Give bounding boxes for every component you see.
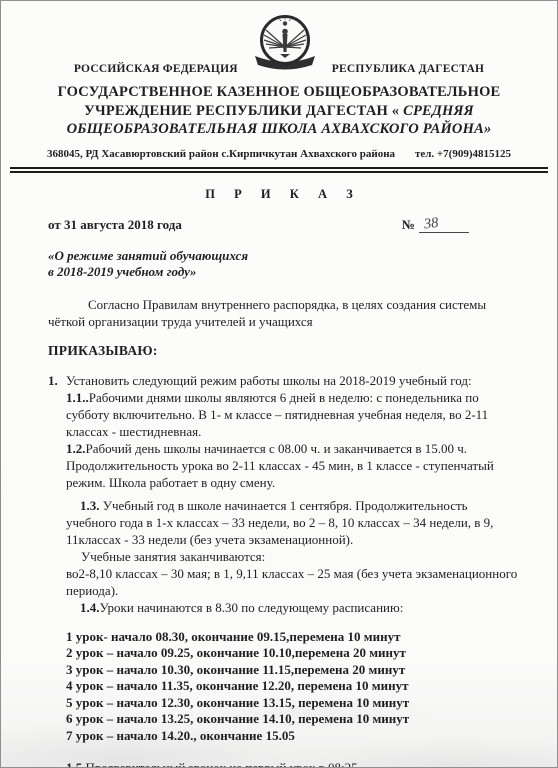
subclauses: 1.1..Рабочими днями школы являются 6 дне… <box>66 389 519 616</box>
phone-number: тел. +7(909)4815125 <box>415 148 511 160</box>
clause-1-text: Установить следующий режим работы школы … <box>66 372 472 389</box>
organization-name: ГОСУДАРСТВЕННОЕ КАЗЕННОЕ ОБЩЕОБРАЗОВАТЕЛ… <box>1 83 557 139</box>
clause-1-5-number: 1.5. <box>66 760 86 768</box>
country-label-left: РОССИЙСКАЯ ФЕДЕРАЦИЯ <box>74 63 238 79</box>
order-title: П Р И К А З <box>1 187 557 202</box>
letterhead-top-row: РОССИЙСКАЯ ФЕДЕРАЦИЯ РЕСПУБЛИКА ДАГЕСТАН <box>1 1 557 79</box>
lessons-end-intro: Учебные занятия заканчиваются: <box>66 548 519 565</box>
address-line: 368045, РД Хасавюртовский район с.Кирпич… <box>47 148 511 160</box>
lessons-end-text: во2-8,10 классах – 30 мая; в 1, 9,11 кла… <box>66 565 519 599</box>
schedule-line: 7 урок – начало 14.20., окончание 15.05 <box>66 728 527 745</box>
schedule-line: 1 урок- начало 08.30, окончание 09.15,пе… <box>66 629 527 646</box>
clause-1-number: 1. <box>48 372 66 389</box>
clause-1-1-number: 1.1.. <box>66 390 89 405</box>
schedule-line: 3 урок – начало 10.30, окончание 11.15,п… <box>66 662 527 679</box>
number-sign: № <box>402 217 415 232</box>
number-underline: 38 <box>419 216 469 233</box>
clause-1-2: 1.2.Рабочий день школы начинается с 08.0… <box>66 440 519 491</box>
order-subject: «О режиме занятий обучающихся в 2018-201… <box>48 248 557 281</box>
org-name-line2: УЧРЕЖДЕНИЕ РЕСПУБЛИКИ ДАГЕСТАН « СРЕДНЯЯ <box>1 102 557 121</box>
schedule-line: 6 урок – начало 13.25, окончание 14.10, … <box>66 711 527 728</box>
clause-1: 1. Установить следующий режим работы шко… <box>48 372 517 389</box>
lesson-schedule: 1 урок- начало 08.30, окончание 09.15,пе… <box>66 629 527 745</box>
clause-1-3: 1.3. Учебный год в школе начинается 1 се… <box>66 497 519 548</box>
dagestan-coat-of-arms-icon <box>254 14 316 79</box>
schedule-line: 4 урок – начало 11.35, окончание 12.20, … <box>66 678 527 695</box>
order-date: от 31 августа 2018 года <box>48 217 182 233</box>
schedule-line: 2 урок – начало 09.25, окончание 10.10,п… <box>66 645 527 662</box>
clause-1-4-number: 1.4. <box>80 600 100 615</box>
clause-1-2-number: 1.2. <box>66 441 86 456</box>
clause-1-5: 1.5.Предварительный звонок на первый уро… <box>66 760 519 768</box>
double-rule-divider <box>10 167 548 173</box>
org-name-line1: ГОСУДАРСТВЕННОЕ КАЗЕННОЕ ОБЩЕОБРАЗОВАТЕЛ… <box>1 83 557 102</box>
clause-1-1: 1.1..Рабочими днями школы являются 6 дне… <box>66 389 519 440</box>
date-number-row: от 31 августа 2018 года №38 <box>48 216 469 233</box>
order-number: №38 <box>402 216 469 233</box>
clause-1-3-number: 1.3. <box>80 498 100 513</box>
org-name-line3: ОБЩЕОБРАЗОВАТЕЛЬНАЯ ШКОЛА АХВАХСКОГО РАЙ… <box>1 120 557 139</box>
postal-address: 368045, РД Хасавюртовский район с.Кирпич… <box>47 148 395 160</box>
resolve-word: ПРИКАЗЫВАЮ: <box>48 343 557 359</box>
handwritten-order-number: 38 <box>418 214 439 233</box>
country-label-right: РЕСПУБЛИКА ДАГЕСТАН <box>332 63 484 79</box>
clause-1-4: 1.4.Уроки начинаются в 8.30 по следующем… <box>66 599 519 616</box>
scanned-order-document: РОССИЙСКАЯ ФЕДЕРАЦИЯ РЕСПУБЛИКА ДАГЕСТАН <box>0 0 558 768</box>
schedule-line: 5 урок – начало 12.30, окончание 13.15, … <box>66 695 527 712</box>
preamble-paragraph: Согласно Правилам внутреннего распорядка… <box>48 296 515 330</box>
